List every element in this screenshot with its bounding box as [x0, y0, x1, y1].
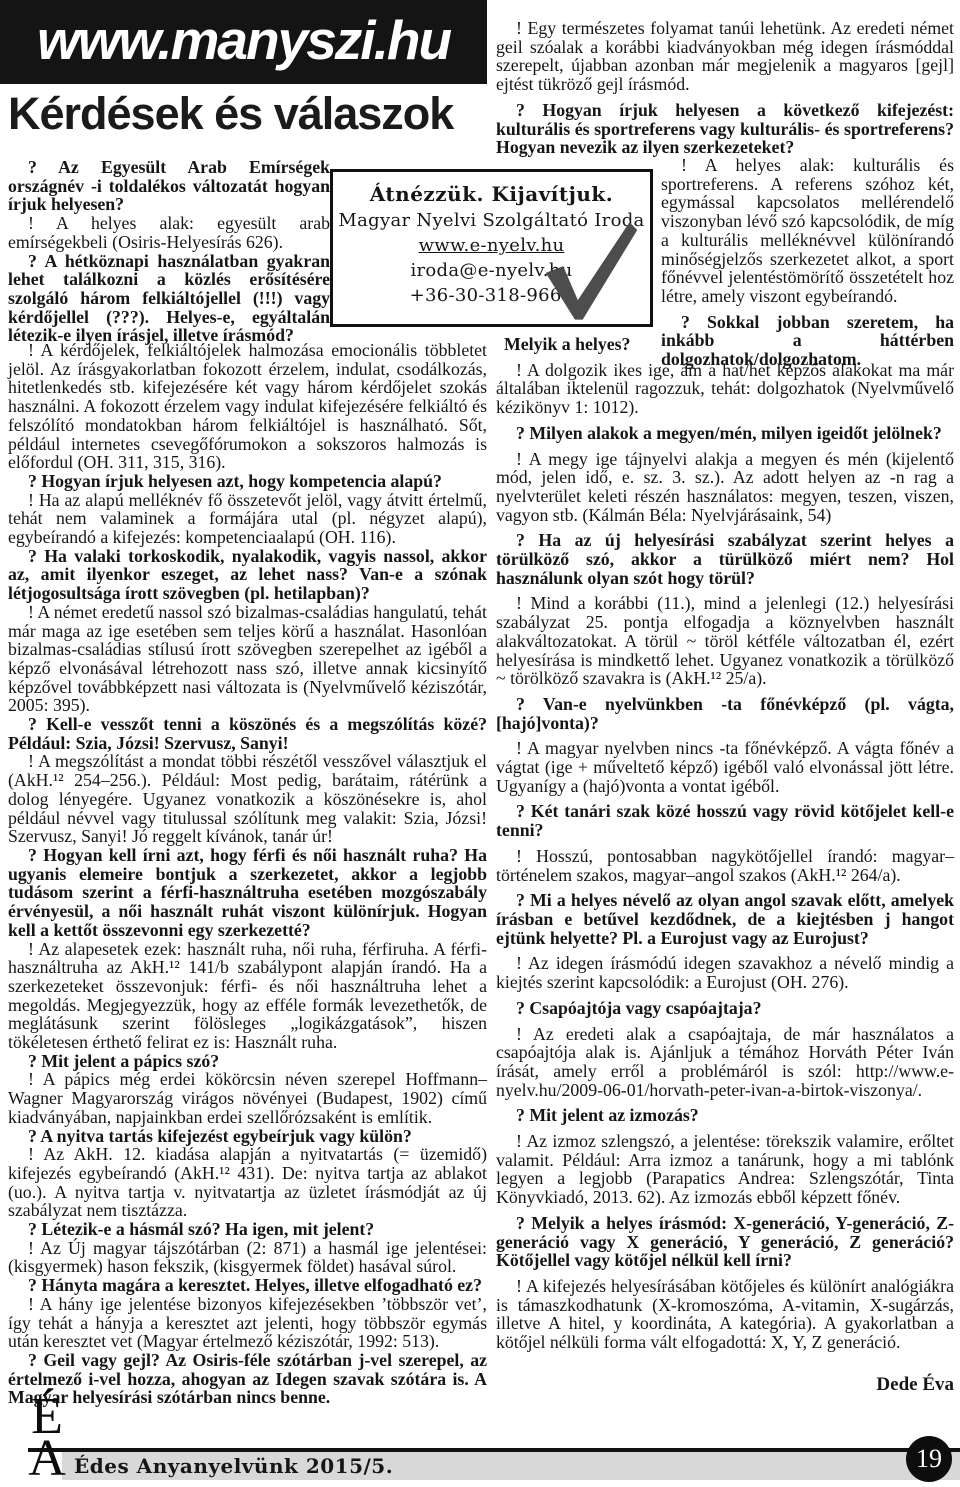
left-column-main: ! A kérdőjelek, felkiáltójelek halmozása… [8, 341, 487, 1407]
question-paragraph: ? Ha valaki torkoskodik, nyalakodik, vag… [8, 547, 487, 603]
magazine-logo: É A [24, 1396, 70, 1480]
page-number: 19 [916, 1444, 942, 1474]
question-paragraph: ? Geil vagy gejl? Az Osiris-féle szótárb… [8, 1351, 487, 1407]
ad-box: Átnézzük. Kijavítjuk. Magyar Nyelvi Szol… [330, 169, 653, 327]
question-paragraph: ? Mit jelent a pápics szó? [8, 1052, 487, 1071]
answer-paragraph: ! A megszólítást a mondat többi részétől… [8, 752, 487, 846]
answer-paragraph: ! Hosszú, pontosabban nagykötőjellel íra… [496, 847, 954, 884]
left-column-top: ? Az Egyesült Arab Emírségek országnév -… [8, 158, 330, 345]
question-paragraph: ? Hogyan kell írni azt, hogy férfi és nő… [8, 846, 487, 940]
page-title: Kérdések és válaszok [8, 88, 487, 140]
answer-paragraph: ! Mind a korábbi (11.), mind a jelenlegi… [496, 594, 954, 688]
question-paragraph: ? Két tanári szak közé hosszú vagy rövid… [496, 802, 954, 839]
question-paragraph: ? A nyitva tartás kifejezést egybeírjuk … [8, 1127, 487, 1146]
answer-paragraph: ! A magyar nyelvben nincs -ta főnévképző… [496, 739, 954, 795]
right-column-top: ! Egy természetes folyamat tanúi lehetün… [496, 19, 954, 164]
answer-paragraph: ! A kifejezés helyesírásában kötőjeles é… [496, 1277, 954, 1352]
question-paragraph: ? Mi a helyes névelő az olyan angol szav… [496, 891, 954, 947]
question-paragraph: ? Hogyan írjuk helyesen azt, hogy kompet… [8, 472, 487, 491]
site-url: www.manyszi.hu [37, 8, 450, 72]
logo-letter-a: A [24, 1438, 70, 1480]
site-banner: www.manyszi.hu [0, 0, 487, 84]
question-paragraph: ? Kell-e vesszőt tenni a köszönés és a m… [8, 715, 487, 752]
question-paragraph: ? Hogyan írjuk helyesen a következő kife… [496, 101, 954, 157]
answer-paragraph: ! A helyes alak: egyesült arab emírségek… [8, 214, 330, 251]
question-paragraph: ? Létezik-e a hásmál szó? Ha igen, mit j… [8, 1220, 487, 1239]
answer-paragraph: ! A dolgozik ikes ige, ám a hat/het képz… [496, 361, 954, 417]
answer-paragraph: ! A pápics még erdei kökörcsin néven sze… [8, 1070, 487, 1126]
answer-paragraph: ! Az alapesetek ezek: használt ruha, női… [8, 940, 487, 1052]
answer-paragraph: ! Az eredeti alak a csapóajtaja, de már … [496, 1025, 954, 1100]
page-number-badge: 19 [906, 1436, 952, 1482]
answer-paragraph: ! A német eredetű nassol szó bizalmas-cs… [8, 603, 487, 715]
answer-paragraph: ! A kérdőjelek, felkiáltójelek halmozása… [8, 341, 487, 472]
answer-paragraph: ! Az idegen írásmódú idegen szavakhoz a … [496, 954, 954, 991]
question-paragraph: ? A hétköznapi használatban gyakran lehe… [8, 252, 330, 346]
answer-paragraph: ! Egy természetes folyamat tanúi lehetün… [496, 19, 954, 94]
question-paragraph: ? Ha az új helyesírási szabályzat szerin… [496, 531, 954, 587]
answer-paragraph: ! A hány ige jelentése bizonyos kifejezé… [8, 1295, 487, 1351]
answer-paragraph: ! Ha az alapú melléknév fő összetevőt je… [8, 491, 487, 547]
answer-paragraph: ! A helyes alak: kulturális és sportrefe… [661, 156, 954, 306]
question-continuation: Melyik a helyes? [496, 335, 954, 354]
right-column-main: Melyik a helyes?! A dolgozik ikes ige, á… [496, 335, 954, 1401]
question-paragraph: ? Mit jelent az izmozás? [496, 1106, 954, 1125]
question-paragraph: ? Melyik a helyes írásmód: X-generáció, … [496, 1214, 954, 1270]
issue-label: Édes Anyanyelvünk 2015/5. [74, 1454, 393, 1478]
author-byline: Dede Éva [496, 1376, 954, 1395]
question-paragraph: ? Milyen alakok a megyen/mén, milyen ige… [496, 424, 954, 443]
answer-paragraph: ! Az Új magyar tájszótárban (2: 871) a h… [8, 1239, 487, 1276]
ad-headline: Átnézzük. Kijavítjuk. [333, 182, 650, 206]
question-paragraph: ? Van-e nyelvünkben -ta főnévképző (pl. … [496, 695, 954, 732]
question-paragraph: ? Hányta magára a keresztet. Helyes, ill… [8, 1276, 487, 1295]
answer-paragraph: ! Az AkH. 12. kiadása alapján a nyitvata… [8, 1145, 487, 1220]
checkmark-icon [534, 214, 646, 324]
answer-paragraph: ! Az izmoz szlengszó, a jelentése: törek… [496, 1132, 954, 1207]
answer-paragraph: ! A megy ige tájnyelvi alakja a megyen é… [496, 450, 954, 525]
magazine-page: www.manyszi.hu Kérdések és válaszok Átné… [0, 0, 960, 1487]
question-paragraph: ? Csapóajtója vagy csapóajtaja? [496, 999, 954, 1018]
question-paragraph: ? Az Egyesült Arab Emírségek országnév -… [8, 158, 330, 214]
